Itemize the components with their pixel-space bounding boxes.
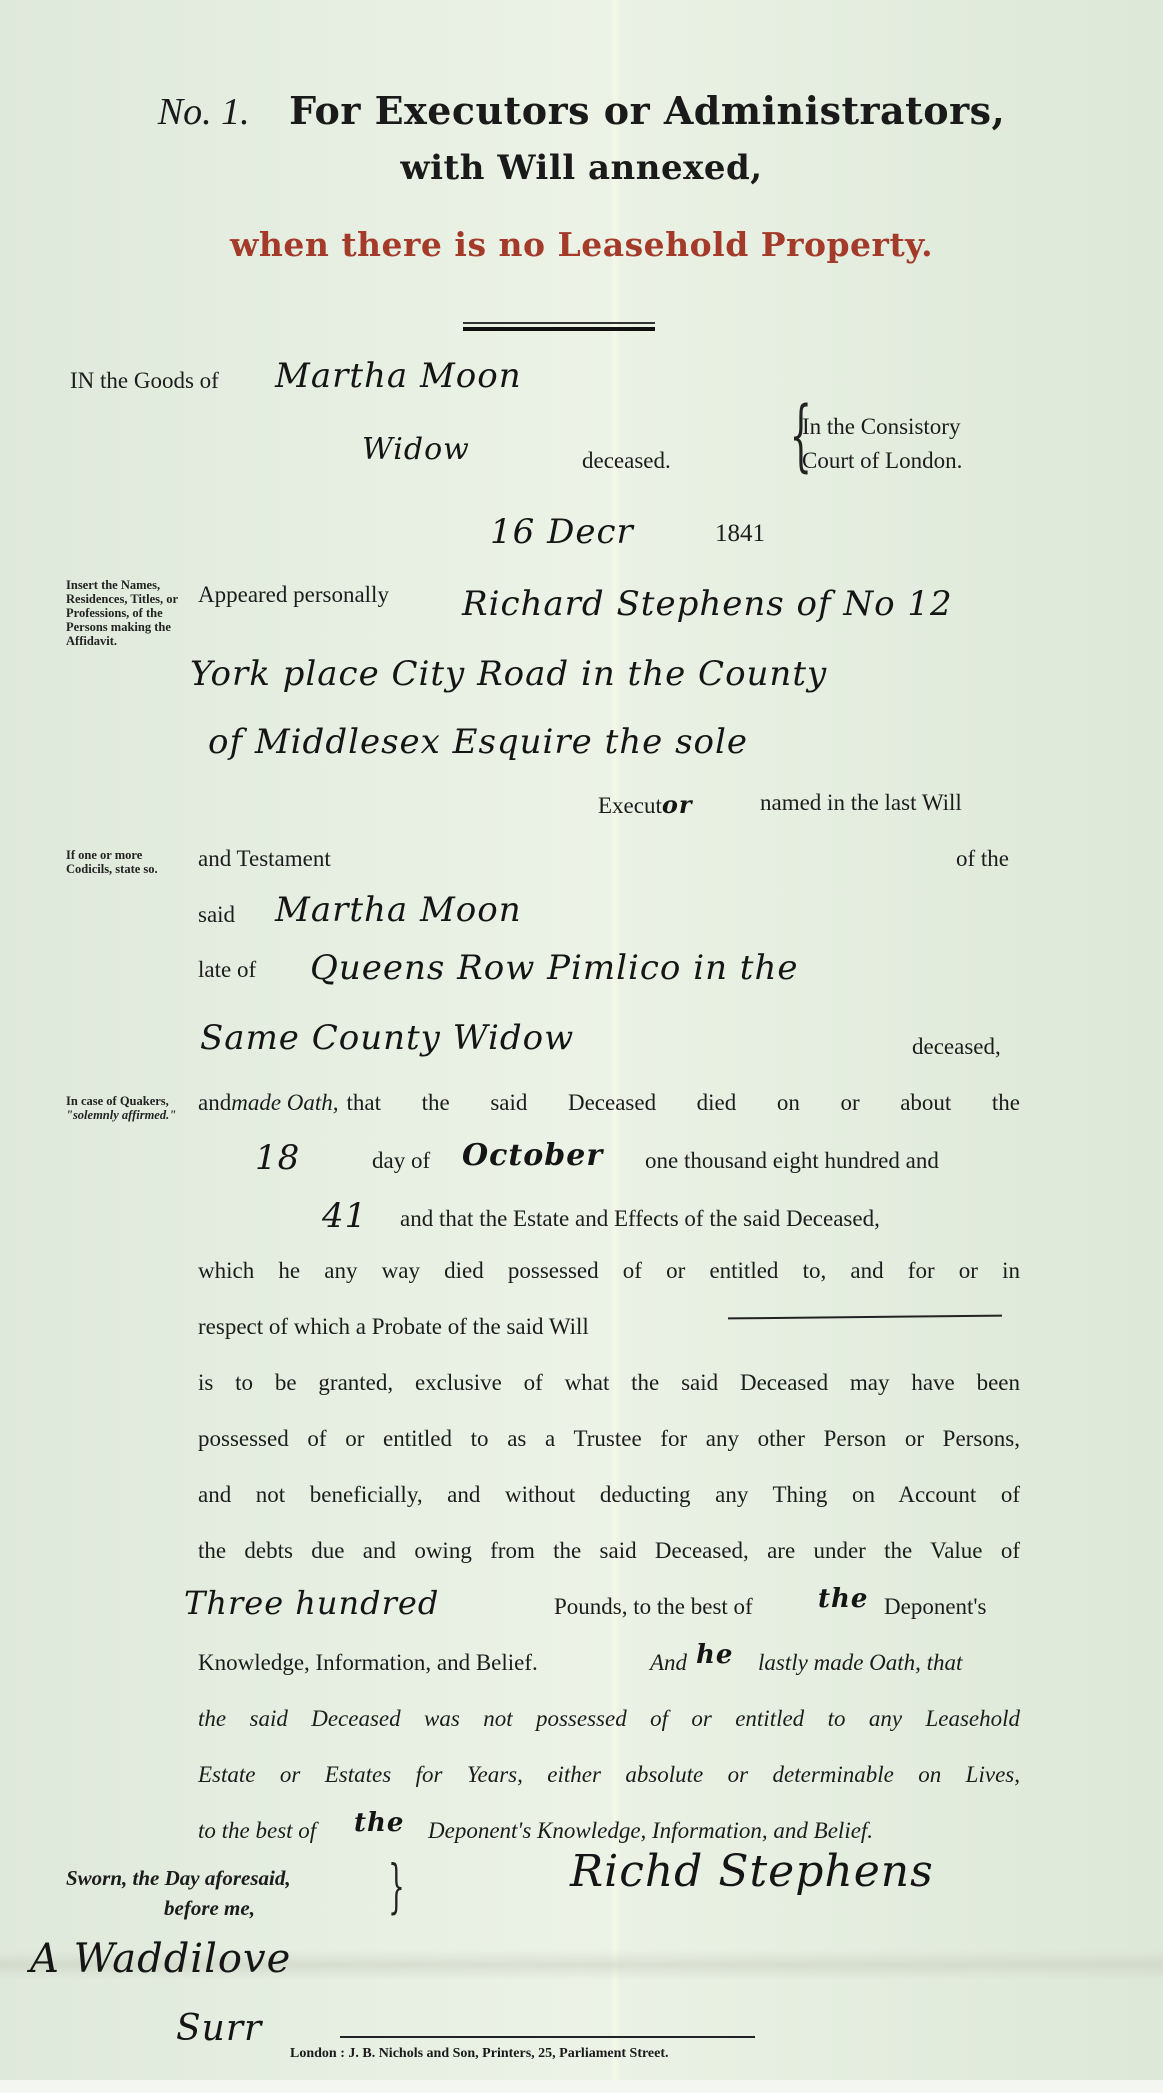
oath-line-5: respect of which a Probate of the said W… <box>198 1314 589 1340</box>
oath-line-9: the debts due and owing from the said De… <box>198 1538 1020 1564</box>
title-rule-thick <box>463 327 655 331</box>
pronoun-2-handwritten: he <box>696 1640 733 1670</box>
oath-line-14-b: Deponent's Knowledge, Information, and B… <box>428 1818 873 1844</box>
oath-line-11-and: And <box>650 1650 687 1676</box>
commissioner-signature: A Waddilove <box>30 1936 291 1982</box>
death-year-handwritten: 41 <box>322 1196 367 1236</box>
footer-rule <box>340 2036 755 2038</box>
court-line-1: In the Consistory <box>802 414 960 440</box>
oath-line-3: and that the Estate and Effects of the s… <box>400 1206 880 1232</box>
form-number: No. 1. <box>158 91 250 133</box>
deponent-line-3-handwritten: of Middlesex Esquire the sole <box>208 722 748 762</box>
death-day-handwritten: 18 <box>255 1138 300 1178</box>
said-label: said <box>198 902 235 928</box>
oath-line-4: which he any way died possessed of or en… <box>198 1258 1020 1284</box>
title-line-2: with Will annexed, <box>0 148 1163 188</box>
oath-line-8: and not beneficially, and without deduct… <box>198 1482 1020 1508</box>
margin-note-codicils: If one or more Codicils, state so. <box>66 848 186 876</box>
oath-line-7: possessed of or entitled to as a Trustee… <box>198 1426 1020 1452</box>
oath-line-11-a: Knowledge, Information, and Belief. <box>198 1650 538 1676</box>
affidavit-year: 1841 <box>715 520 765 548</box>
goods-label: IN the Goods of <box>70 368 219 394</box>
oath-line-14-a: to the best of <box>198 1818 316 1844</box>
year-words-text: one thousand eight hundred and <box>645 1148 939 1174</box>
printer-imprint: London : J. B. Nichols and Son, Printers… <box>290 2046 669 2062</box>
oath-made-oath: made Oath, <box>231 1090 338 1116</box>
quakers-italic: "solemnly affirmed." <box>66 1108 176 1122</box>
deceased-status-handwritten: Widow <box>362 432 470 467</box>
sworn-line-1: Sworn, the Day aforesaid, <box>66 1866 291 1891</box>
day-of-text: day of <box>372 1148 430 1174</box>
deceased-name-handwritten: Martha Moon <box>275 356 522 396</box>
pronoun-3-handwritten: the <box>354 1808 404 1838</box>
oath-line-11-b: lastly made Oath, that <box>758 1650 962 1676</box>
deceased-label: deceased. <box>582 448 671 474</box>
late-of-line-1-handwritten: Queens Row Pimlico in the <box>310 948 798 988</box>
oath-and: and <box>198 1090 231 1116</box>
estate-value-handwritten: Three hundred <box>184 1584 439 1622</box>
oath-line-13: Estate or Estates for Years, either abso… <box>198 1762 1020 1788</box>
surrogate-handwritten: Surr <box>176 2008 262 2049</box>
deceased-comma-text: deceased, <box>912 1034 1001 1060</box>
pounds-text: Pounds, to the best of <box>554 1594 753 1620</box>
margin-note-quakers: In case of Quakers, "solemnly affirmed." <box>66 1094 196 1122</box>
late-of-line-2-handwritten: Same County Widow <box>200 1018 574 1058</box>
pronoun-1-handwritten: the <box>818 1584 868 1614</box>
title-line-1: No. 1. For Executors or Administrators, <box>0 88 1163 134</box>
title-line-3-red: when there is no Leasehold Property. <box>0 225 1163 264</box>
death-month-handwritten: October <box>462 1138 603 1173</box>
sworn-brace: } <box>388 1856 405 1916</box>
court-line-2: Court of London. <box>802 448 962 474</box>
page-bottom-edge <box>0 2080 1163 2093</box>
oath-line-1: and made Oath, that the said Deceased di… <box>198 1090 1020 1116</box>
oath-line-1-rest: that the said Deceased died on or about … <box>347 1090 1020 1116</box>
named-in-will-text: named in the last Will <box>760 790 962 816</box>
testament-text: and Testament <box>198 846 331 872</box>
deponent-signature: Richd Stephens <box>570 1846 934 1897</box>
deponents-text: Deponent's <box>884 1594 987 1620</box>
margin-note-names: Insert the Names, Residences, Titles, or… <box>66 578 196 648</box>
executor-prefix: Execut <box>598 793 662 818</box>
oath-line-6: is to be granted, exclusive of what the … <box>198 1370 1020 1396</box>
sworn-line-2: before me, <box>164 1896 255 1921</box>
quakers-prefix: In case of Quakers, <box>66 1094 169 1108</box>
said-name-handwritten: Martha Moon <box>275 890 522 930</box>
of-the-text: of the <box>956 846 1009 872</box>
title-rule-thin <box>463 322 655 324</box>
affidavit-date-handwritten: 16 Decr <box>490 512 634 552</box>
title-executors: For Executors or Administrators, <box>289 88 1005 133</box>
deponent-line-2-handwritten: York place City Road in the County <box>190 654 827 694</box>
executor-label: Executor <box>598 790 693 819</box>
oath-line-12: the said Deceased was not possessed of o… <box>198 1706 1020 1732</box>
appeared-personally-label: Appeared personally <box>198 582 389 608</box>
late-of-label: late of <box>198 957 256 983</box>
executor-suffix-handwritten: or <box>662 790 693 819</box>
deponent-line-1-handwritten: Richard Stephens of No 12 <box>462 584 953 624</box>
